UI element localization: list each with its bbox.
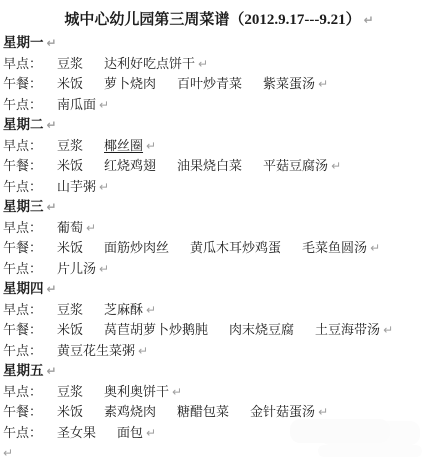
menu-item: 肉末烧豆腐: [229, 320, 294, 341]
menu-item: 芝麻酥: [104, 300, 143, 321]
menu-row-lunch: 午餐：米饭素鸡烧肉糖醋包菜金针菇蛋汤↵: [3, 402, 438, 423]
paragraph-mark-icon: ↵: [47, 118, 57, 132]
menu-item: 金针菇蛋汤: [250, 402, 315, 423]
menu-item: 片儿汤: [57, 259, 96, 280]
row-label: 早点：: [3, 218, 55, 239]
menu-row-snack: 午点：片儿汤↵: [3, 259, 438, 280]
menu-item: 米饭: [57, 402, 83, 423]
menu-row-lunch: 午餐：米饭面筋炒肉丝黄瓜木耳炒鸡蛋毛菜鱼圆汤↵: [3, 238, 438, 259]
row-label: 午餐：: [3, 238, 55, 259]
row-label: 午餐：: [3, 74, 55, 95]
menu-row-lunch: 午餐：米饭萝卜烧肉百叶炒青菜紫菜蛋汤↵: [3, 74, 438, 95]
day-header-1: 星期一↵: [3, 33, 438, 54]
menu-item: 平菇豆腐汤: [263, 156, 328, 177]
menu-content: 星期一↵早点：豆浆达利好吃点饼干↵午餐：米饭萝卜烧肉百叶炒青菜紫菜蛋汤↵午点：南…: [0, 33, 438, 464]
row-label: 早点：: [3, 382, 55, 403]
paragraph-mark-icon: ↵: [99, 180, 109, 194]
menu-item: 素鸡烧肉: [104, 402, 156, 423]
paragraph-mark-icon: ↵: [86, 221, 96, 235]
paragraph-mark-icon: ↵: [47, 282, 57, 296]
paragraph-mark-icon: ↵: [146, 139, 156, 153]
menu-row-breakfast: 早点：葡萄↵: [3, 218, 438, 239]
menu-row-lunch: 午餐：米饭红烧鸡翅油果烧白菜平菇豆腐汤↵: [3, 156, 438, 177]
menu-row-breakfast: 早点：豆浆椰丝圈↵: [3, 136, 438, 157]
row-label: 午点：: [3, 341, 55, 362]
day-header-5: 星期五↵: [3, 361, 438, 382]
menu-item: 面筋炒肉丝: [104, 238, 169, 259]
day-header-3: 星期三↵: [3, 197, 438, 218]
menu-item: 椰丝圈: [104, 136, 143, 157]
menu-row-snack: 午点：圣女果面包↵: [3, 423, 438, 444]
menu-item: 奥利奥饼干: [104, 382, 169, 403]
menu-item: 米饭: [57, 156, 83, 177]
menu-item: 红烧鸡翅: [104, 156, 156, 177]
day-name: 星期三: [3, 199, 44, 214]
menu-item: 达利好吃点饼干: [104, 54, 195, 75]
menu-item: 萝卜烧肉: [104, 74, 156, 95]
day-header-2: 星期二↵: [3, 115, 438, 136]
menu-item: 毛菜鱼圆汤: [302, 238, 367, 259]
paragraph-mark-icon: ↵: [47, 364, 57, 378]
title-line: 城中心幼儿园第三周菜谱（2012.9.17---9.21）↵: [0, 7, 438, 33]
menu-row-snack: 午点：南瓜面↵: [3, 95, 438, 116]
paragraph-mark-icon: ↵: [47, 36, 57, 50]
paragraph-mark-icon: ↵: [383, 323, 393, 337]
menu-item: 黄瓜木耳炒鸡蛋: [190, 238, 281, 259]
menu-item: 糖醋包菜: [177, 402, 229, 423]
page-title: 城中心幼儿园第三周菜谱（2012.9.17---9.21）: [64, 12, 360, 28]
paragraph-mark-icon: ↵: [47, 200, 57, 214]
menu-item: 豆浆: [57, 54, 83, 75]
paragraph-mark-icon: ↵: [172, 385, 182, 399]
paragraph-mark-icon: ↵: [318, 405, 328, 419]
row-label: 午点：: [3, 423, 55, 444]
empty-paragraph-line: ↵: [3, 443, 438, 464]
paragraph-mark-icon: ↵: [138, 344, 148, 358]
menu-item: 葡萄: [57, 218, 83, 239]
menu-row-snack: 午点：山芋粥↵: [3, 177, 438, 198]
menu-item: 紫菜蛋汤: [263, 74, 315, 95]
row-label: 午点：: [3, 177, 55, 198]
paragraph-mark-icon: ↵: [99, 262, 109, 276]
paragraph-mark-icon: ↵: [3, 446, 13, 460]
menu-item: 莴苣胡萝卜炒鹅肫: [104, 320, 208, 341]
row-label: 午点：: [3, 259, 55, 280]
row-label: 午餐：: [3, 402, 55, 423]
menu-row-breakfast: 早点：豆浆达利好吃点饼干↵: [3, 54, 438, 75]
menu-item: 油果烧白菜: [177, 156, 242, 177]
row-label: 早点：: [3, 300, 55, 321]
paragraph-mark-icon: ↵: [364, 13, 374, 27]
menu-item: 米饭: [57, 238, 83, 259]
day-name: 星期一: [3, 35, 44, 50]
menu-item: 米饭: [57, 74, 83, 95]
menu-item: 面包: [117, 423, 143, 444]
day-header-4: 星期四↵: [3, 279, 438, 300]
paragraph-mark-icon: ↵: [146, 426, 156, 440]
menu-row-breakfast: 早点：豆浆奥利奥饼干↵: [3, 382, 438, 403]
day-name: 星期五: [3, 363, 44, 378]
row-label: 午点：: [3, 95, 55, 116]
paragraph-mark-icon: ↵: [318, 77, 328, 91]
day-name: 星期二: [3, 117, 44, 132]
menu-item: 南瓜面: [57, 95, 96, 116]
paragraph-mark-icon: ↵: [370, 241, 380, 255]
menu-item: 豆浆: [57, 300, 83, 321]
menu-item: 米饭: [57, 320, 83, 341]
paragraph-mark-icon: ↵: [99, 98, 109, 112]
menu-item: 黄豆花生菜粥: [57, 341, 135, 362]
day-name: 星期四: [3, 281, 44, 296]
menu-row-snack: 午点：黄豆花生菜粥↵: [3, 341, 438, 362]
document-page: 城中心幼儿园第三周菜谱（2012.9.17---9.21）↵ 星期一↵早点：豆浆…: [0, 0, 438, 467]
row-label: 午餐：: [3, 320, 55, 341]
row-label: 早点：: [3, 136, 55, 157]
paragraph-mark-icon: ↵: [146, 303, 156, 317]
menu-row-lunch: 午餐：米饭莴苣胡萝卜炒鹅肫肉末烧豆腐土豆海带汤↵: [3, 320, 438, 341]
menu-item: 土豆海带汤: [315, 320, 380, 341]
row-label: 早点：: [3, 54, 55, 75]
paragraph-mark-icon: ↵: [331, 159, 341, 173]
paragraph-mark-icon: ↵: [198, 57, 208, 71]
menu-row-breakfast: 早点：豆浆芝麻酥↵: [3, 300, 438, 321]
menu-item: 圣女果: [57, 423, 96, 444]
menu-item: 豆浆: [57, 382, 83, 403]
menu-item: 山芋粥: [57, 177, 96, 198]
menu-item: 豆浆: [57, 136, 83, 157]
menu-item: 百叶炒青菜: [177, 74, 242, 95]
row-label: 午餐：: [3, 156, 55, 177]
